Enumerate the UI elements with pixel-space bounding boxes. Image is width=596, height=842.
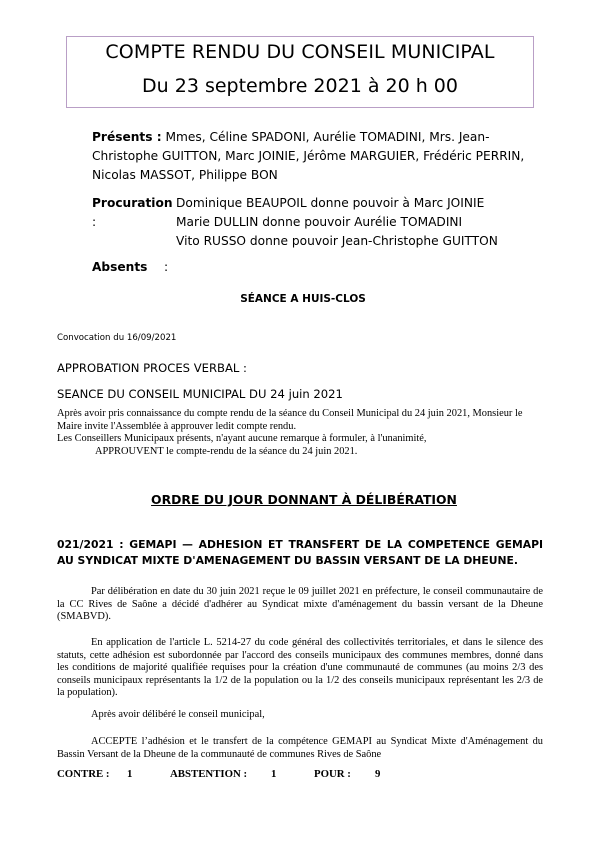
procuration-sep: : bbox=[92, 215, 96, 229]
seance-reference: SEANCE DU CONSEIL MUNICIPAL DU 24 juin 2… bbox=[57, 387, 343, 401]
document-page: COMPTE RENDU DU CONSEIL MUNICIPAL Du 23 … bbox=[0, 0, 596, 842]
absents-label: Absents bbox=[92, 258, 164, 277]
abstention-label: ABSTENTION : bbox=[170, 768, 247, 780]
paragraph-text: Après avoir délibéré le conseil municipa… bbox=[57, 709, 543, 722]
approbation-line: Les Conseillers Municipaux présents, n'a… bbox=[57, 433, 543, 446]
huis-clos-notice: SÉANCE A HUIS-CLOS bbox=[0, 293, 596, 305]
presents-label: Présents : bbox=[92, 130, 162, 144]
procuration-section: Procuration : Dominique BEAUPOIL donne p… bbox=[92, 194, 498, 251]
document-title: COMPTE RENDU DU CONSEIL MUNICIPAL bbox=[67, 41, 533, 63]
absents-sep: : bbox=[164, 258, 168, 277]
approbation-result: APPROUVENT le compte-rendu de la séance … bbox=[57, 446, 543, 459]
procuration-item: Vito RUSSO donne pouvoir Jean-Christophe… bbox=[176, 232, 498, 251]
deliberation-title: 021/2021 : GEMAPI — ADHESION ET TRANSFER… bbox=[57, 537, 543, 569]
convocation-date: Convocation du 16/09/2021 bbox=[57, 333, 176, 343]
absents-section: Absents : bbox=[92, 258, 168, 277]
paragraph-text: En application de l'article L. 5214-27 d… bbox=[57, 637, 543, 700]
approbation-text: Après avoir pris connaissance du compte … bbox=[57, 408, 543, 458]
procuration-item: Marie DULLIN donne pouvoir Aurélie TOMAD… bbox=[176, 213, 498, 232]
paragraph-text: Par délibération en date du 30 juin 2021… bbox=[57, 586, 543, 624]
approbation-line: Après avoir pris connaissance du compte … bbox=[57, 408, 543, 433]
presents-section: Présents : Mmes, Céline SPADONI, Aurélie… bbox=[92, 128, 532, 185]
deliberation-paragraph: Par délibération en date du 30 juin 2021… bbox=[57, 586, 543, 624]
deliberation-paragraph: En application de l'article L. 5214-27 d… bbox=[57, 637, 543, 700]
deliberation-paragraph: Après avoir délibéré le conseil municipa… bbox=[57, 709, 543, 722]
approbation-heading: APPROBATION PROCES VERBAL : bbox=[57, 361, 247, 375]
procuration-label: Procuration bbox=[92, 196, 173, 210]
paragraph-text: ACCEPTE l’adhésion et le transfert de la… bbox=[57, 736, 543, 761]
pour-label: POUR : bbox=[314, 768, 351, 780]
pour-count: 9 bbox=[375, 768, 380, 780]
ordre-du-jour-heading: ORDRE DU JOUR DONNANT À DÉLIBÉRATION bbox=[0, 492, 596, 507]
contre-label: CONTRE : bbox=[57, 768, 110, 780]
contre-count: 1 bbox=[127, 768, 132, 780]
title-box: COMPTE RENDU DU CONSEIL MUNICIPAL Du 23 … bbox=[66, 36, 534, 108]
abstention-count: 1 bbox=[271, 768, 276, 780]
meeting-date: Du 23 septembre 2021 à 20 h 00 bbox=[67, 75, 533, 97]
procuration-item: Dominique BEAUPOIL donne pouvoir à Marc … bbox=[176, 194, 498, 213]
deliberation-paragraph: ACCEPTE l’adhésion et le transfert de la… bbox=[57, 736, 543, 761]
